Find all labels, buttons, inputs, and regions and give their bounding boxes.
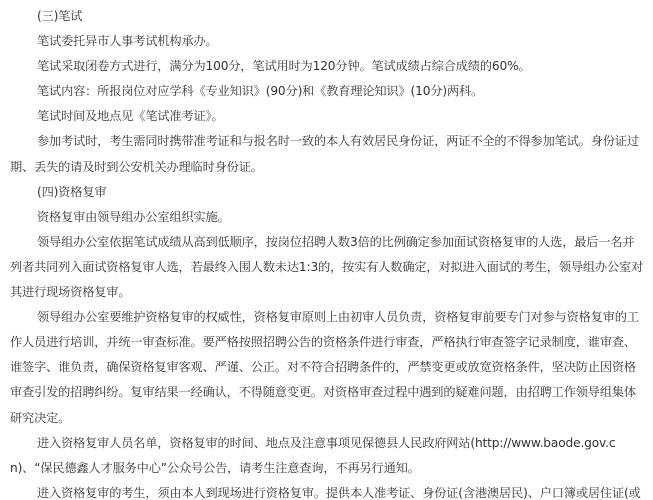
paragraph-review-notice: 进入资格复审人员名单，资格复审的时间、地点及注意事项见保德县人民政府网站(htt… xyxy=(10,431,646,481)
paragraph-review-organizer: 资格复审由领导组办公室组织实施。 xyxy=(10,205,646,230)
paragraph-review-documents: 进入资格复审的考生，须由本人到现场进行资格复审。提供本人准考证、身份证(含港澳居… xyxy=(10,481,646,500)
section-heading-written-exam: (三)笔试 xyxy=(10,4,646,29)
paragraph-exam-organizer: 笔试委托异市人事考试机构承办。 xyxy=(10,29,646,54)
section-heading-qualification-review: (四)资格复审 xyxy=(10,180,646,205)
paragraph-exam-time-location: 笔试时间及地点见《笔试准考证》。 xyxy=(10,104,646,129)
paragraph-exam-content: 笔试内容：所报岗位对应学科《专业知识》(90分)和《教育理论知识》(10分)两科… xyxy=(10,79,646,104)
paragraph-exam-id-requirements: 参加考试时，考生需同时携带准考证和与报名时一致的本人有效居民身份证，两证不全的不… xyxy=(10,129,646,179)
paragraph-review-selection: 领导组办公室依据笔试成绩从高到低顺序，按岗位招聘人数3倍的比例确定参加面试资格复… xyxy=(10,230,646,305)
paragraph-review-authority: 领导组办公室要维护资格复审的权威性，资格复审原则上由初审人员负责，资格复审前要专… xyxy=(10,305,646,430)
paragraph-exam-format: 笔试采取闭卷方式进行，满分为100分，笔试用时为120分钟。笔试成绩占综合成绩的… xyxy=(10,54,646,79)
document-body: (三)笔试 笔试委托异市人事考试机构承办。 笔试采取闭卷方式进行，满分为100分… xyxy=(10,4,646,500)
